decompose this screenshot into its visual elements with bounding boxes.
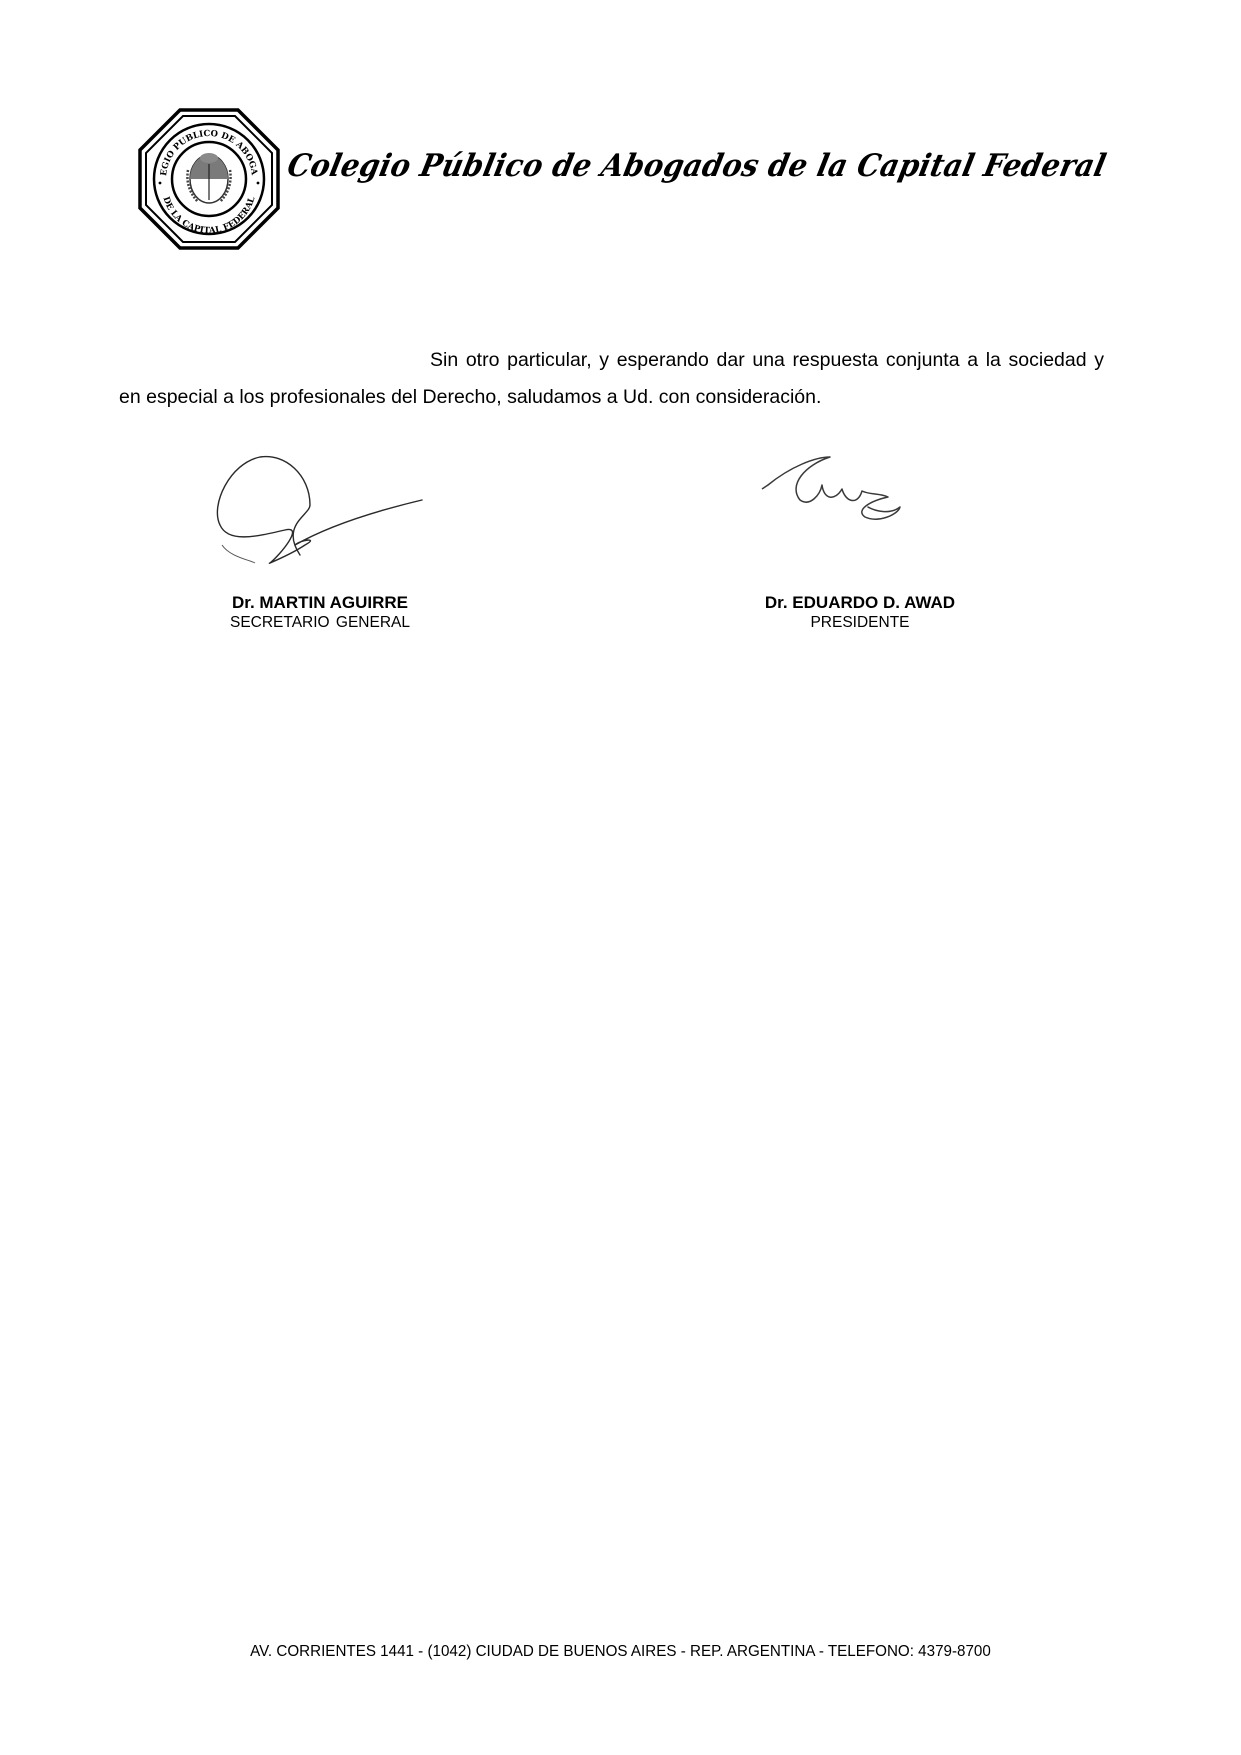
- signatory-name: Dr. MARTIN AGUIRRE: [200, 593, 440, 613]
- signatory-title: PRESIDENTE: [740, 614, 980, 632]
- closing-paragraph: Sin otro particular, y esperando dar una…: [119, 342, 1104, 416]
- letterhead: COLEGIO PUBLICO DE ABOGADOS DE LA CAPITA…: [138, 108, 958, 248]
- footer-address: AV. CORRIENTES 1441 - (1042) CIUDAD DE B…: [12, 1643, 1228, 1661]
- signatory-name: Dr. EDUARDO D. AWAD: [740, 593, 980, 613]
- handwritten-signature-icon: [750, 445, 970, 585]
- signature-block-president: Dr. EDUARDO D. AWAD PRESIDENTE: [740, 445, 980, 632]
- signatory-title: SECRETARIO GENERAL: [200, 614, 440, 632]
- coat-of-arms-seal-icon: COLEGIO PUBLICO DE ABOGADOS DE LA CAPITA…: [138, 108, 280, 250]
- signature-block-secretary: Dr. MARTIN AGUIRRE SECRETARIO GENERAL: [200, 445, 440, 632]
- organization-name: Colegio Público de Abogados de la Capita…: [284, 148, 1109, 184]
- handwritten-signature-icon: [210, 445, 430, 585]
